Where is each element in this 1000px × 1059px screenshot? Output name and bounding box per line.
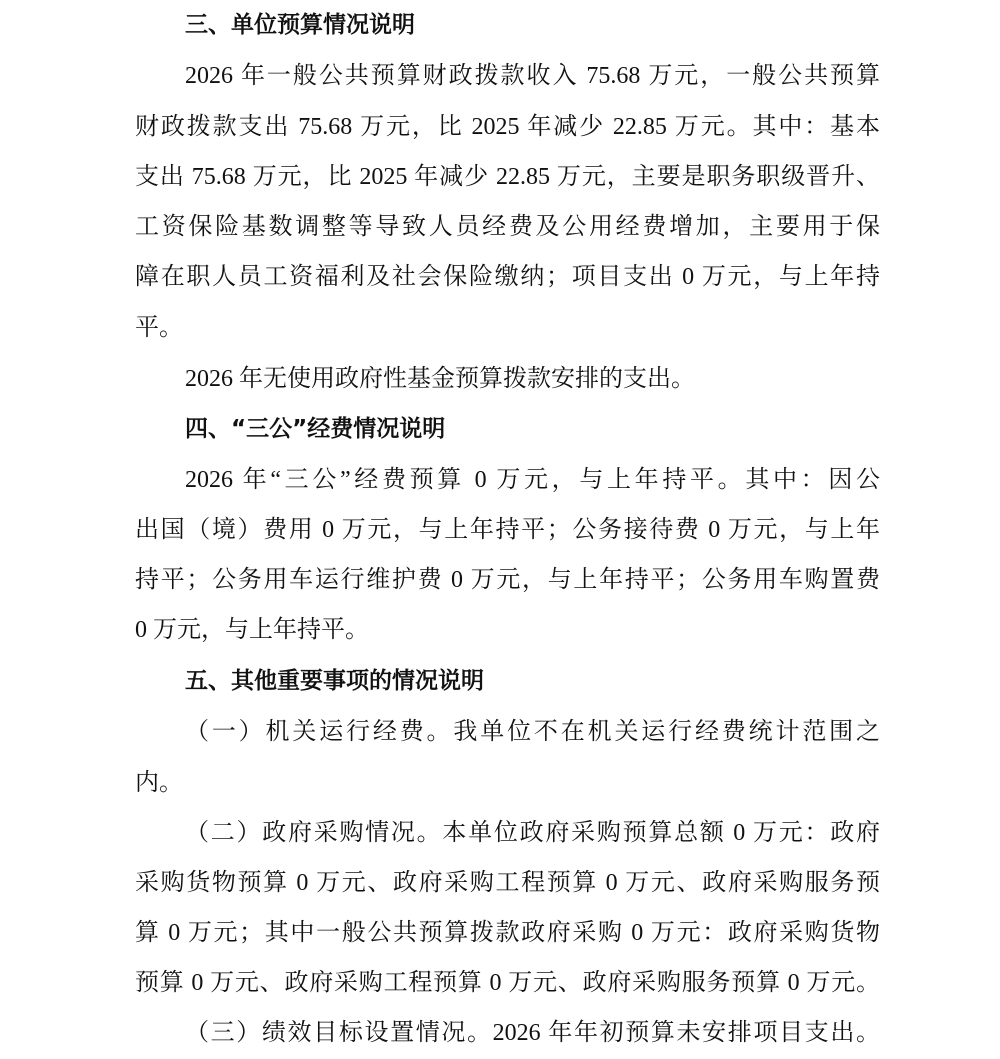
paragraph-line: 预算 0 万元、政府采购工程预算 0 万元、政府采购服务预算 0 万元。 [135,968,880,998]
paragraph-line: 平。 [135,313,183,343]
paragraph-line: 算 0 万元；其中一般公共预算拨款政府采购 0 万元：政府采购货物 [135,918,880,948]
paragraph-line: 支出 75.68 万元，比 2025 年减少 22.85 万元，主要是职务职级晋… [135,162,880,192]
paragraph-line: 2026 年一般公共预算财政拨款收入 75.68 万元，一般公共预算 [185,61,880,91]
paragraph-line: 工资保险基数调整等导致人员经费及公用经费增加，主要用于保 [135,212,880,242]
paragraph-line: （一）机关运行经费。我单位不在机关运行经费统计范围之 [185,717,880,747]
section-heading-three-public: 四、“三公”经费情况说明 [185,414,445,444]
paragraph-line: 采购货物预算 0 万元、政府采购工程预算 0 万元、政府采购服务预 [135,868,880,898]
paragraph-line: （二）政府采购情况。本单位政府采购预算总额 0 万元：政府 [185,818,880,848]
paragraph-line: 财政拨款支出 75.68 万元，比 2025 年减少 22.85 万元。其中：基… [135,112,880,142]
paragraph-line: 2026 年无使用政府性基金预算拨款安排的支出。 [185,364,695,394]
section-heading-other-matters: 五、其他重要事项的情况说明 [185,666,484,696]
paragraph-line: （三）绩效目标设置情况。2026 年年初预算未安排项目支出。 [185,1018,880,1048]
paragraph-line: 2026 年“三公”经费预算 0 万元，与上年持平。其中：因公 [185,465,880,495]
paragraph-line: 出国（境）费用 0 万元，与上年持平；公务接待费 0 万元，与上年 [135,515,880,545]
paragraph-line: 0 万元，与上年持平。 [135,615,369,645]
section-heading-unit-budget: 三、单位预算情况说明 [185,10,415,40]
paragraph-line: 障在职人员工资福利及社会保险缴纳；项目支出 0 万元，与上年持 [135,262,880,292]
paragraph-line: 内。 [135,768,183,798]
paragraph-line: 持平；公务用车运行维护费 0 万元，与上年持平；公务用车购置费 [135,565,880,595]
